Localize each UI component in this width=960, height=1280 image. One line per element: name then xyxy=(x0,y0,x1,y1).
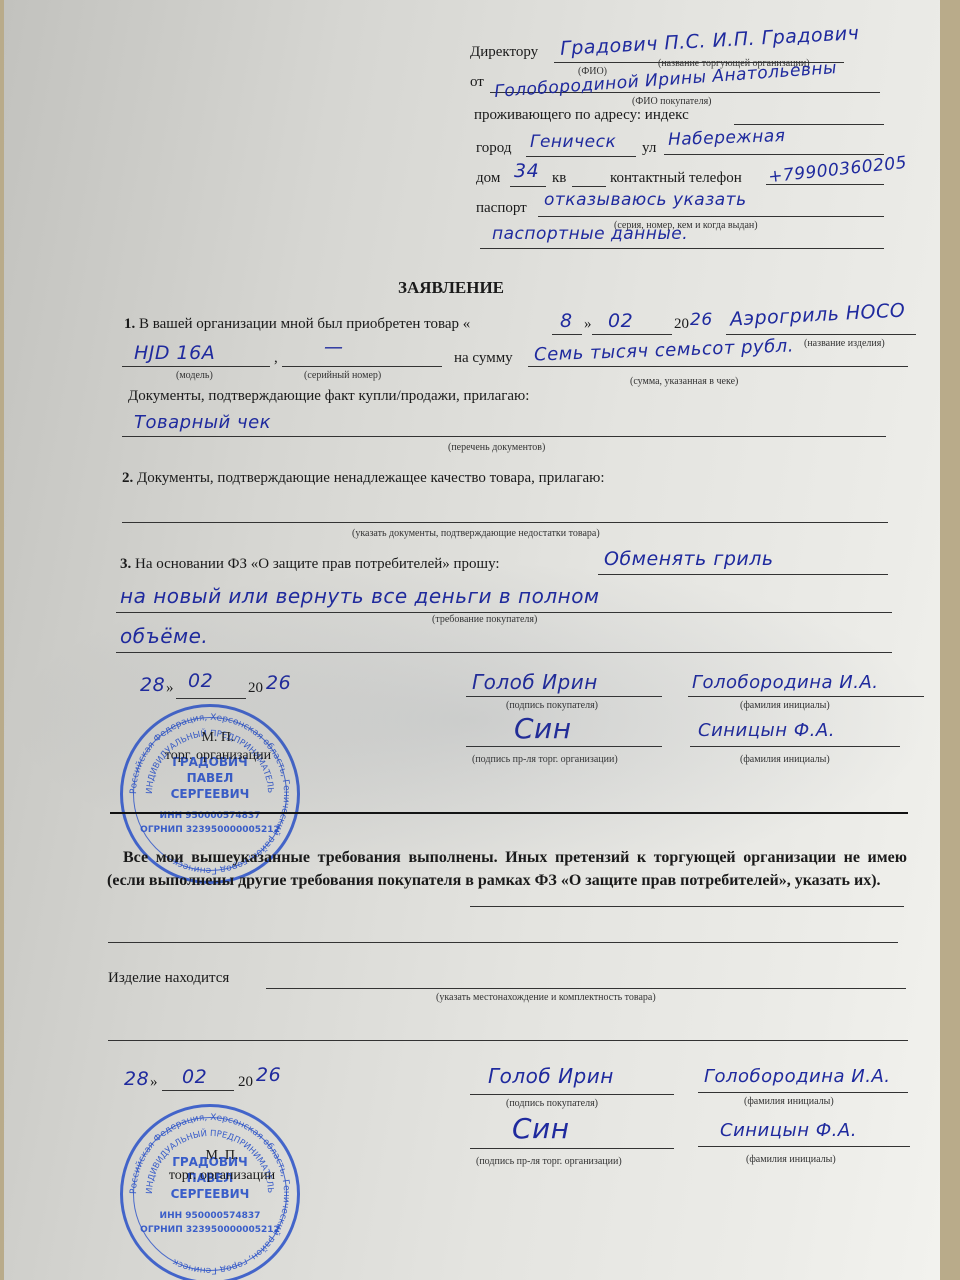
house-label: дом xyxy=(476,170,500,187)
date1-year-prefix: 20 xyxy=(248,680,263,697)
date1-day-field[interactable]: 28 xyxy=(140,674,165,696)
director-label: Директору xyxy=(470,44,538,61)
section2-text: Документы, подтверждающие ненадлежащее к… xyxy=(137,470,605,486)
section2-caption: (указать документы, подтверждающие недос… xyxy=(352,528,600,539)
purchase-month-field[interactable]: 02 xyxy=(608,310,633,332)
buyer-sig-caption-1: (подпись покупателя) xyxy=(506,700,598,711)
address-label: проживающего по адресу: индекс xyxy=(474,107,689,124)
passport-label: паспорт xyxy=(476,200,527,217)
street-field[interactable]: Набережная xyxy=(668,126,786,150)
divider xyxy=(110,812,908,814)
seller-name-caption-2: (фамилия инициалы) xyxy=(746,1154,836,1165)
demand-caption: (требование покупателя) xyxy=(432,614,537,625)
date2-day-field[interactable]: 28 xyxy=(124,1068,149,1090)
item-location-label: Изделие находится xyxy=(108,970,229,987)
seller-sig-caption-1: (подпись пр-ля торг. организации) xyxy=(472,754,618,765)
seller-stamp-2: Российская Федерация, Херсонская область… xyxy=(120,1104,300,1280)
buyer-name-caption-1: (фамилия инициалы) xyxy=(740,700,830,711)
date1-month-field[interactable]: 02 xyxy=(188,670,213,692)
serial-field[interactable]: — xyxy=(324,336,344,358)
stamp-inn: ИНН 950000574837 xyxy=(123,1211,297,1221)
seller-sig-caption-2: (подпись пр-ля торг. организации) xyxy=(476,1156,622,1167)
claim-form-paper: Директору Градович П.С. И.П. Градович (Ф… xyxy=(4,0,940,1280)
buyer-signature-1[interactable]: Голоб Ирин xyxy=(472,670,598,694)
section3-text: На основании ФЗ «О защите прав потребите… xyxy=(135,556,500,572)
docs-field[interactable]: Товарный чек xyxy=(134,412,271,433)
sum-caption: (сумма, указанная в чеке) xyxy=(630,376,738,387)
phone-label: контактный телефон xyxy=(610,170,742,187)
docs-label: Документы, подтверждающие факт купли/про… xyxy=(128,388,529,405)
city-label: город xyxy=(476,140,511,157)
date2-year-prefix: 20 xyxy=(238,1074,253,1091)
date1-year-field[interactable]: 26 xyxy=(266,672,291,694)
model-field[interactable]: HJD 16A xyxy=(134,342,215,364)
serial-caption: (серийный номер) xyxy=(304,370,381,381)
stamp-name-3: СЕРГЕЕВИЧ xyxy=(123,787,297,801)
passport-field-1[interactable]: отказываюсь указать xyxy=(544,190,747,210)
from-label: от xyxy=(470,74,484,91)
mp-sub-1: торг. организации xyxy=(148,748,288,764)
stamp-ogrnip: ОГРНИП 323950000005212 xyxy=(123,825,297,835)
section1-number: 1. xyxy=(124,316,135,332)
mp-label-1: М. П. xyxy=(148,730,288,746)
apt-label: кв xyxy=(552,170,566,187)
buyer-name-1[interactable]: Голобородина И.А. xyxy=(692,672,879,693)
model-caption: (модель) xyxy=(176,370,213,381)
quote-close: » xyxy=(584,316,592,333)
phone-field[interactable]: +79900360205 xyxy=(767,153,908,187)
date2-month-field[interactable]: 02 xyxy=(182,1066,207,1088)
demand-field-3[interactable]: объёме. xyxy=(120,624,208,648)
buyer-signature-2[interactable]: Голоб Ирин xyxy=(488,1064,614,1088)
buyer-sig-caption-2: (подпись покупателя) xyxy=(506,1098,598,1109)
stamp-ogrnip: ОГРНИП 323950000005212 xyxy=(123,1225,297,1235)
document-title: ЗАЯВЛЕНИЕ xyxy=(398,278,504,298)
date2-year-field[interactable]: 26 xyxy=(256,1064,281,1086)
city-field[interactable]: Геническ xyxy=(530,132,616,152)
demand-field-2[interactable]: на новый или вернуть все деньги в полном xyxy=(120,584,600,608)
mp-sub-2: торг. организации xyxy=(152,1168,292,1184)
year-prefix: 20 xyxy=(674,316,689,333)
purchase-day-field[interactable]: 8 xyxy=(560,310,573,332)
section2-number: 2. xyxy=(122,470,133,486)
house-field[interactable]: 34 xyxy=(514,160,539,182)
seller-name-2[interactable]: Синицын Ф.А. xyxy=(720,1120,857,1141)
passport-field-2[interactable]: паспортные данные. xyxy=(492,224,688,244)
director-field[interactable]: Градович П.С. И.П. Градович xyxy=(560,22,860,60)
seller-signature-2[interactable]: Син xyxy=(512,1112,570,1145)
resolution-text: Все мои вышеуказанные требования выполне… xyxy=(107,846,907,892)
sum-label: на сумму xyxy=(454,350,513,367)
stamp-name-3: СЕРГЕЕВИЧ xyxy=(123,1187,297,1201)
buyer-name-2[interactable]: Голобородина И.А. xyxy=(704,1066,891,1087)
section1-text: В вашей организации мной был приобретен … xyxy=(139,316,470,332)
purchase-year-field[interactable]: 26 xyxy=(690,310,713,330)
seller-signature-1[interactable]: Син xyxy=(514,712,572,745)
street-label: ул xyxy=(642,140,656,157)
demand-field-1[interactable]: Обменять гриль xyxy=(604,548,774,570)
stamp-name-2: ПАВЕЛ xyxy=(123,771,297,785)
seller-name-1[interactable]: Синицын Ф.А. xyxy=(698,720,835,741)
product-caption: (название изделия) xyxy=(804,338,885,349)
sum-field[interactable]: Семь тысяч семьсот рубл. xyxy=(534,335,795,365)
seller-name-caption-1: (фамилия инициалы) xyxy=(740,754,830,765)
mp-label-2: М. П. xyxy=(152,1148,292,1164)
item-location-caption: (указать местонахождение и комплектность… xyxy=(436,992,656,1003)
product-name-field[interactable]: Аэрогриль HOCO xyxy=(730,299,906,330)
buyer-caption: (ФИО покупателя) xyxy=(632,96,712,107)
docs-caption: (перечень документов) xyxy=(448,442,545,453)
section3-number: 3. xyxy=(120,556,131,572)
buyer-name-caption-2: (фамилия инициалы) xyxy=(744,1096,834,1107)
